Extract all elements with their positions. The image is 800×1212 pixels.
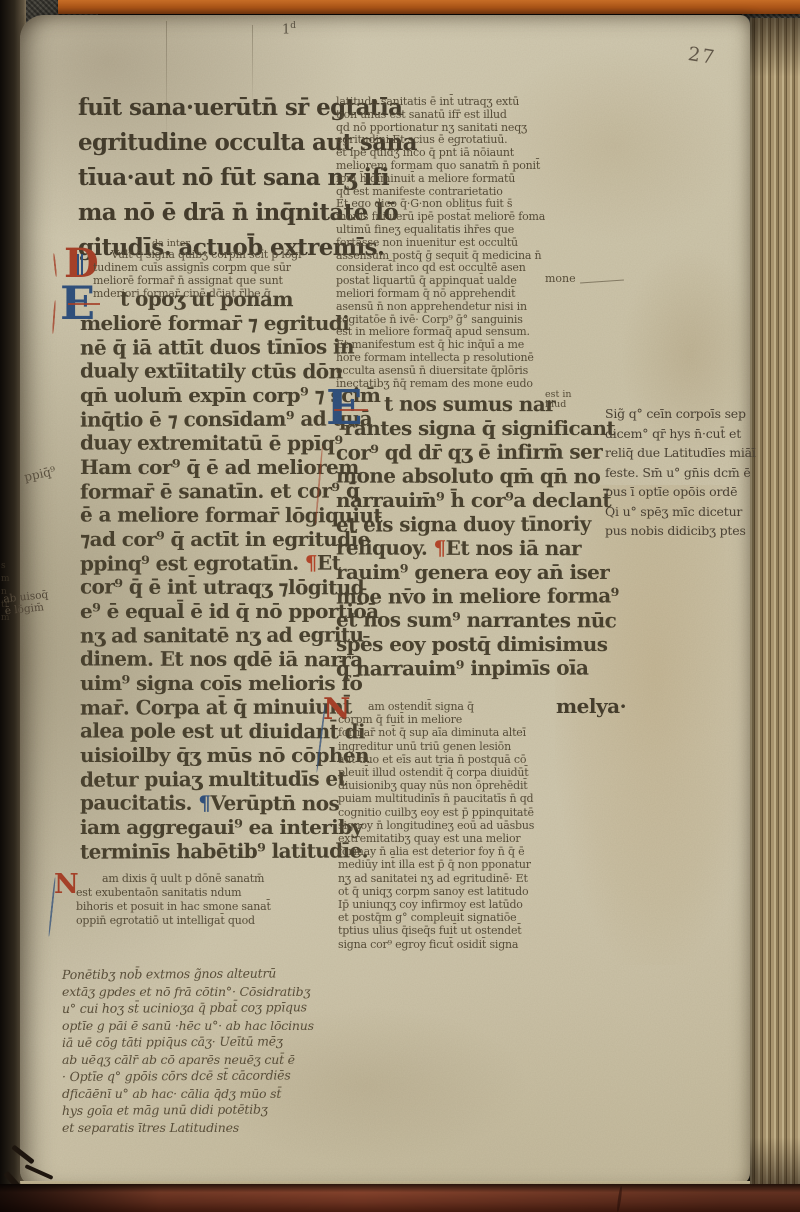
initial-n-red-left: N (54, 871, 79, 898)
gloss-text-line: est exubentaōn sanitatis ndum (76, 886, 376, 900)
folio-number: 27 (686, 43, 717, 69)
pilcrow-mark: ¶ (305, 551, 317, 575)
gloss-text-line: Ip̄ uniunqʒ coy infirmoy est latūdo (338, 898, 648, 911)
margin-note-line: pus nobis didicibʒ ptes (605, 521, 755, 541)
gloss-text-line: et postq̄m g° compleuit̄ signatiōe (338, 911, 648, 924)
right-column-bottom-gloss: am ostendit̄ signa q̄corpm q̄ fuit̄ in m… (338, 700, 648, 951)
manuscript-text-line: et eīs signa duoy tīnoriy (336, 511, 648, 536)
footer-note-line: et separatis ītres Latitudines (62, 1119, 362, 1136)
manuscript-text-line: t nos sumus nar (336, 391, 648, 416)
gloss-text-line: formar̄ not̄ q̄ sup aīa diminuta alteī (338, 726, 648, 739)
footer-note-line: Ponētibʒ nob̄ extmos g̃nos alteutrū (62, 964, 362, 983)
footer-annotation-block: Ponētibʒ nob̄ extmos g̃nos alteutrūextāʒ… (62, 966, 362, 1136)
gutter-mark: s (1, 560, 10, 573)
gloss-text-line: ultimū fineʒ equalitatis ihr̄es que (336, 224, 646, 237)
manuscript-text-line: q̄ narrauim⁹ inpimīs oīa (336, 655, 648, 680)
initial-blue-filigree (77, 254, 84, 275)
pilcrow-mark: ¶ (198, 791, 210, 815)
margin-note-line: feste. Sm̄ u° gn̄is dcm̄ ē (605, 463, 755, 483)
manuscript-text-line: mōe nv̄o in meliore forma⁹ (336, 583, 648, 608)
gloss-text-line: oppin̄ egrotatiō ut intelligat̄ quod (76, 914, 376, 928)
gloss-text-line: ipm h̄ diminuit̄ a meliore formatū (336, 173, 646, 186)
gloss-text-line: signa cor⁹ egroy ficut̄ osidit̄ signa (338, 938, 648, 951)
footer-note-line: hys goīa et māg unū didi potētibʒ (62, 1100, 362, 1119)
gloss-text-line: corpm q̄ fuit̄ in meliore (338, 713, 648, 726)
blue-pen-flourish (48, 877, 56, 937)
manuscript-text-line: rauim⁹ genera eoy an̄ iser (336, 560, 648, 584)
gloss-text-line: mediūy int̄ illa est p̄ q̄ non pponatur (338, 858, 648, 871)
leather-headband (58, 0, 800, 14)
gloss-text-line: am dixis q̄ uult p dōnē sanatm̄ (76, 872, 376, 886)
left-margin-note-ppiq: ppiq̄⁹ (23, 464, 57, 484)
page-stack-fore-edge (750, 18, 800, 1196)
gloss-text-line: aut duo et eīs aut tria n̄ postquā cō (338, 753, 648, 766)
gloss-text-line: tion·unus est sanatū ifr̄ est illud (336, 109, 646, 122)
right-margin-annotation: Sig̃ q° ceīn corpoīs sepdicem° qr̄ hys n… (605, 404, 755, 541)
right-column-top-gloss: latitudo sanitatis ē int̄ utraqʒ extūtio… (336, 96, 646, 390)
right-column-main-text: t nos sumus narrantes signa q̄ significa… (336, 392, 648, 680)
gloss-text-line: diuisionibʒ quay nūs non ōprehēdit̄ (338, 779, 648, 792)
left-margin-note-ab: ab uisoq̄ē lōgim̄ (3, 589, 50, 618)
gloss-text-line: asensū n̄ non apprehendetur nisi in (336, 301, 646, 314)
gloss-text-line: occulta asensū n̄ diuersitate q̄plōris (336, 365, 646, 378)
gloss-text-line: tptius ulius q̄iseq̄s fuit̄ ut ostendet̄ (338, 924, 648, 937)
red-pen-flourish (52, 300, 56, 334)
gloss-text-line: signoy n̄ longitudineʒ eoū ad uāsbus (338, 819, 648, 832)
gloss-text-line: inectatibʒ n̄q̄ remam des mone eudo (336, 378, 646, 391)
gloss-text-line: latitudo sanitatis ē int̄ utraqʒ extū (336, 96, 646, 109)
gloss-text-line: nʒ ad sanitatei nʒ ad egritudinē· Et (338, 872, 648, 885)
gloss-text-line: extremitatibʒ quay est una melior (338, 832, 648, 845)
gloss-text-line: pleuit̄ illud ostendit̄ q̄ corpa diuidūt… (338, 766, 648, 779)
leather-cover-bottom (0, 1184, 800, 1212)
cover-shading (0, 1184, 800, 1212)
pilcrow-mark: ¶ (434, 536, 446, 560)
manuscript-text-line: cor⁹ qd dr̄ qʒ ē infirm̄ ser (336, 439, 648, 464)
gloss-text-line: ingreditur unū triū genen lesiōn (338, 740, 648, 753)
gloss-text-line: fortasse non inuenitur est occultū (336, 237, 646, 250)
gloss-text-line: bihoris et posuit in hac smone sanat̄ (76, 900, 376, 914)
gutter-mark: m (1, 573, 10, 586)
gloss-text-line: hore formam intellecta p resolutionē (336, 352, 646, 365)
manuscript-text-line: et nos sum⁹ narrantes nūc (336, 607, 648, 632)
footer-note-line: u° cui hoʒ st̄ ucinioʒa q̄ pbat̄ coʒ ppī… (62, 998, 362, 1017)
manuscript-photo: smntrm 1d 27 fuīt sana·uerūtn̄ sr̄ egtat… (0, 0, 800, 1212)
manuscript-text-line: narrauim̄⁹ h̄ cor⁹a declant̄ (336, 488, 648, 512)
manuscript-text-line: reliquoy. ¶Et nos iā nar (336, 535, 648, 560)
quire-mark: 1d (282, 21, 296, 37)
gloss-text-line: meliori formam q̄ nō apprehendit̄ (336, 288, 646, 301)
red-pen-flourish (53, 253, 57, 277)
parchment-page: 1d 27 fuīt sana·uerūtn̄ sr̄ egtatīaegrit… (20, 15, 750, 1185)
margin-note-line: reliq̄ due Latitudīes miāī (605, 443, 755, 463)
margin-note-line: Qi u° spēʒ mīc dicetur (605, 502, 755, 522)
manuscript-text-line: mone absoluto qm̄ qn̄ no (336, 463, 648, 488)
gloss-text-line: cognitio cuilbʒ eoy est p̄ ppinquitatē (338, 806, 648, 819)
margin-note-line: dicem° qr̄ hys n̄·cut̄ et (605, 424, 755, 444)
footer-note-line: · Optīe q° gpōis cōrs dcē st̄ cācordiēs (62, 1066, 362, 1085)
initial-letter: N (54, 869, 79, 900)
margin-note-line: pus ī optīe opōis ordē (605, 482, 755, 502)
gloss-text-line: puiam multitudinīs n̄ paucitatīs n̄ qd (338, 792, 648, 805)
gloss-text-line: meliorem formam quo sanatm̄ n̄ ponit̄ (336, 160, 646, 173)
left-column-gloss-2: am dixis q̄ uult p dōnē sanatm̄est exube… (76, 872, 376, 928)
gloss-text-line: ot̄ q̄ uniqʒ corpm sanoy est latitudo (338, 885, 648, 898)
quire-mark-letter: d (290, 21, 296, 31)
margin-note-line: Sig̃ q° ceīn corpoīs sep (605, 404, 755, 424)
gloss-text-line: formay n̄ alia est deterior foy n̄ q̄ ē (338, 845, 648, 858)
gloss-text-line: am ostendit̄ signa q̄ (338, 700, 648, 713)
manuscript-text-line: rantes signa q̄ significant (336, 416, 648, 440)
manuscript-text-line: spēs eoy postq̄ dimisimus (336, 632, 648, 656)
footer-note-line: iā uē cōg tāti ppiq̄us cāʒ· Ueītū mēʒ (62, 1032, 362, 1051)
